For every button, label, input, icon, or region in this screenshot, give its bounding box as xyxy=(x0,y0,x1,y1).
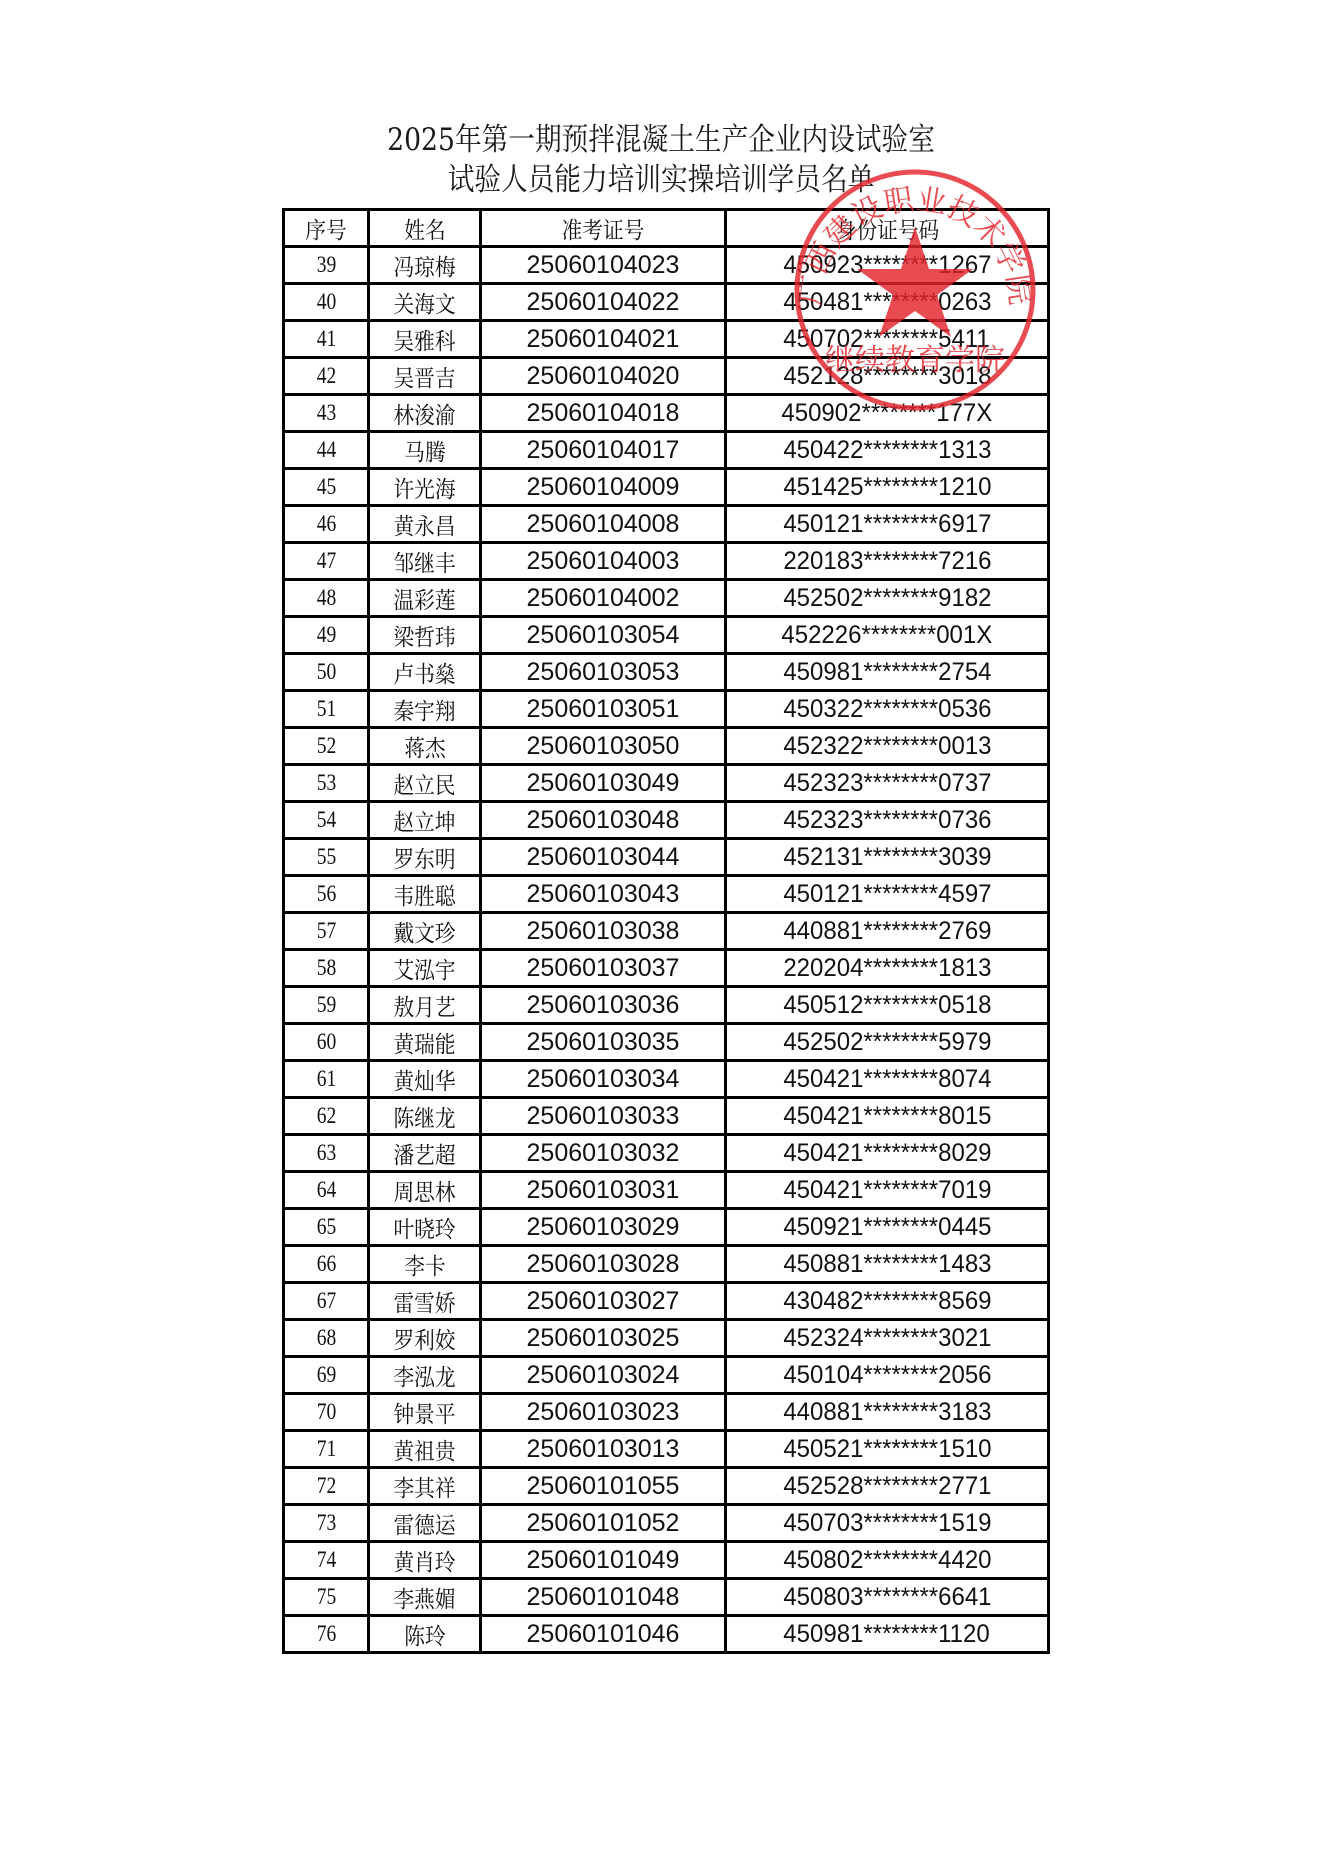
seq-cell-text: 71 xyxy=(316,1436,336,1462)
id-no-cell: 450512********0518 xyxy=(726,987,1049,1024)
id-no-cell-text: 450481********0263 xyxy=(783,288,991,317)
seq-cell: 61 xyxy=(284,1061,369,1098)
table-row: 39冯琼梅25060104023450923********1267 xyxy=(284,247,1049,284)
id-no-cell-text: 450881********1483 xyxy=(783,1250,991,1279)
seq-cell: 68 xyxy=(284,1320,369,1357)
table-row: 48温彩莲25060104002452502********9182 xyxy=(284,580,1049,617)
id-no-cell: 452502********9182 xyxy=(726,580,1049,617)
exam-no-cell-text: 25060103043 xyxy=(527,880,680,908)
table-row: 60黄瑞能25060103035452502********5979 xyxy=(284,1024,1049,1061)
exam-no-cell-text: 25060104021 xyxy=(527,325,680,353)
name-cell: 林浚渝 xyxy=(369,395,481,432)
name-cell: 李泓龙 xyxy=(369,1357,481,1394)
exam-no-cell: 25060103050 xyxy=(481,728,726,765)
table-row: 47邹继丰25060104003220183********7216 xyxy=(284,543,1049,580)
id-no-cell-text: 450322********0536 xyxy=(783,695,991,724)
exam-no-cell-text: 25060103024 xyxy=(527,1361,680,1389)
seq-cell-text: 45 xyxy=(316,474,336,500)
id-no-cell: 450121********6917 xyxy=(726,506,1049,543)
id-no-cell-text: 450702********5411 xyxy=(784,325,990,354)
name-cell-text: 李燕媚 xyxy=(393,1581,455,1614)
seq-cell: 74 xyxy=(284,1542,369,1579)
header-seq: 序号 xyxy=(284,210,369,247)
name-cell-text: 吴晋吉 xyxy=(393,360,455,393)
name-cell: 罗利姣 xyxy=(369,1320,481,1357)
seq-cell-text: 60 xyxy=(316,1029,336,1055)
seq-cell-text: 74 xyxy=(316,1547,336,1573)
id-no-cell: 452131********3039 xyxy=(726,839,1049,876)
name-cell: 赵立民 xyxy=(369,765,481,802)
name-cell-text: 李卡 xyxy=(404,1248,445,1281)
seq-cell-text: 62 xyxy=(316,1103,336,1129)
table-row: 41吴雅科25060104021450702********5411 xyxy=(284,321,1049,358)
header-id-no-label: 身份证号码 xyxy=(835,212,939,245)
exam-no-cell-text: 25060101046 xyxy=(527,1620,680,1648)
seq-cell-text: 41 xyxy=(316,326,336,352)
id-no-cell: 450322********0536 xyxy=(726,691,1049,728)
seq-cell-text: 44 xyxy=(316,437,336,463)
table-row: 44马腾25060104017450422********1313 xyxy=(284,432,1049,469)
table-row: 59敖月艺25060103036450512********0518 xyxy=(284,987,1049,1024)
seq-cell-text: 65 xyxy=(316,1214,336,1240)
exam-no-cell-text: 25060104009 xyxy=(527,473,680,501)
exam-no-cell-text: 25060103051 xyxy=(527,695,680,723)
id-no-cell-text: 450121********6917 xyxy=(783,510,991,539)
seq-cell-text: 46 xyxy=(316,511,336,537)
seq-cell-text: 70 xyxy=(316,1399,336,1425)
name-cell-text: 林浚渝 xyxy=(393,397,455,430)
name-cell: 温彩莲 xyxy=(369,580,481,617)
exam-no-cell: 25060103032 xyxy=(481,1135,726,1172)
name-cell-text: 戴文珍 xyxy=(393,915,455,948)
id-no-cell: 430482********8569 xyxy=(726,1283,1049,1320)
id-no-cell-text: 450121********4597 xyxy=(783,880,991,909)
id-no-cell-text: 450512********0518 xyxy=(783,991,991,1020)
exam-no-cell: 25060103048 xyxy=(481,802,726,839)
seq-cell-text: 48 xyxy=(316,585,336,611)
id-no-cell-text: 450802********4420 xyxy=(783,1546,991,1575)
exam-no-cell-text: 25060103038 xyxy=(527,917,680,945)
seq-cell: 39 xyxy=(284,247,369,284)
id-no-cell: 450104********2056 xyxy=(726,1357,1049,1394)
seq-cell-text: 51 xyxy=(316,696,336,722)
exam-no-cell: 25060103027 xyxy=(481,1283,726,1320)
exam-no-cell-text: 25060103036 xyxy=(527,991,680,1019)
seq-cell-text: 43 xyxy=(316,400,336,426)
id-no-cell-text: 452502********5979 xyxy=(783,1028,991,1057)
name-cell: 钟景平 xyxy=(369,1394,481,1431)
table-row: 65叶晓玲25060103029450921********0445 xyxy=(284,1209,1049,1246)
id-no-cell-text: 452502********9182 xyxy=(783,584,991,613)
exam-no-cell: 25060103013 xyxy=(481,1431,726,1468)
seq-cell-text: 50 xyxy=(316,659,336,685)
exam-no-cell: 25060104023 xyxy=(481,247,726,284)
exam-no-cell: 25060103049 xyxy=(481,765,726,802)
seq-cell: 66 xyxy=(284,1246,369,1283)
seq-cell: 70 xyxy=(284,1394,369,1431)
exam-no-cell-text: 25060103027 xyxy=(527,1287,680,1315)
exam-no-cell: 25060101046 xyxy=(481,1616,726,1653)
id-no-cell: 450921********0445 xyxy=(726,1209,1049,1246)
id-no-cell-text: 450422********1313 xyxy=(783,436,991,465)
name-cell: 关海文 xyxy=(369,284,481,321)
table-row: 49梁哲玮25060103054452226********001X xyxy=(284,617,1049,654)
seq-cell-text: 66 xyxy=(316,1251,336,1277)
name-cell-text: 李其祥 xyxy=(393,1470,455,1503)
name-cell: 卢书燊 xyxy=(369,654,481,691)
table-row: 54赵立坤25060103048452323********0736 xyxy=(284,802,1049,839)
seq-cell: 43 xyxy=(284,395,369,432)
seq-cell: 55 xyxy=(284,839,369,876)
id-no-cell: 440881********3183 xyxy=(726,1394,1049,1431)
name-cell: 李燕媚 xyxy=(369,1579,481,1616)
seq-cell: 45 xyxy=(284,469,369,506)
id-no-cell: 450422********1313 xyxy=(726,432,1049,469)
name-cell-text: 温彩莲 xyxy=(393,582,455,615)
exam-no-cell: 25060104008 xyxy=(481,506,726,543)
seq-cell-text: 39 xyxy=(316,252,336,278)
exam-no-cell: 25060103029 xyxy=(481,1209,726,1246)
exam-no-cell-text: 25060104020 xyxy=(527,362,680,390)
exam-no-cell: 25060103023 xyxy=(481,1394,726,1431)
id-no-cell: 450803********6641 xyxy=(726,1579,1049,1616)
exam-no-cell-text: 25060103034 xyxy=(527,1065,680,1093)
name-cell: 李卡 xyxy=(369,1246,481,1283)
name-cell: 李其祥 xyxy=(369,1468,481,1505)
exam-no-cell-text: 25060103053 xyxy=(527,658,680,686)
exam-no-cell: 25060103031 xyxy=(481,1172,726,1209)
id-no-cell: 452502********5979 xyxy=(726,1024,1049,1061)
name-cell-text: 雷雪娇 xyxy=(393,1285,455,1318)
header-exam-no: 准考证号 xyxy=(481,210,726,247)
name-cell: 雷雪娇 xyxy=(369,1283,481,1320)
exam-no-cell: 25060104022 xyxy=(481,284,726,321)
id-no-cell: 450923********1267 xyxy=(726,247,1049,284)
exam-no-cell: 25060103034 xyxy=(481,1061,726,1098)
id-no-cell: 452324********3021 xyxy=(726,1320,1049,1357)
name-cell-text: 艾泓宇 xyxy=(393,952,455,985)
seq-cell-text: 73 xyxy=(316,1510,336,1536)
seq-cell: 56 xyxy=(284,876,369,913)
id-no-cell-text: 450521********1510 xyxy=(783,1435,991,1464)
table-row: 69李泓龙25060103024450104********2056 xyxy=(284,1357,1049,1394)
exam-no-cell: 25060103053 xyxy=(481,654,726,691)
seq-cell: 52 xyxy=(284,728,369,765)
seq-cell-text: 63 xyxy=(316,1140,336,1166)
id-no-cell: 450881********1483 xyxy=(726,1246,1049,1283)
table-row: 56韦胜聪25060103043450121********4597 xyxy=(284,876,1049,913)
seq-cell: 62 xyxy=(284,1098,369,1135)
table-row: 43林浚渝25060104018450902********177X xyxy=(284,395,1049,432)
exam-no-cell: 25060104021 xyxy=(481,321,726,358)
exam-no-cell-text: 25060103028 xyxy=(527,1250,680,1278)
exam-no-cell-text: 25060103044 xyxy=(527,843,680,871)
id-no-cell: 450121********4597 xyxy=(726,876,1049,913)
id-no-cell-text: 452128********3018 xyxy=(783,362,991,391)
table-row: 42吴晋吉25060104020452128********3018 xyxy=(284,358,1049,395)
name-cell: 黄瑞能 xyxy=(369,1024,481,1061)
exam-no-cell: 25060103038 xyxy=(481,913,726,950)
table-row: 50卢书燊25060103053450981********2754 xyxy=(284,654,1049,691)
name-cell: 黄祖贵 xyxy=(369,1431,481,1468)
seq-cell: 41 xyxy=(284,321,369,358)
seq-cell: 47 xyxy=(284,543,369,580)
seq-cell: 54 xyxy=(284,802,369,839)
exam-no-cell-text: 25060103032 xyxy=(527,1139,680,1167)
exam-no-cell: 25060103037 xyxy=(481,950,726,987)
name-cell-text: 许光海 xyxy=(393,471,455,504)
name-cell-text: 陈继龙 xyxy=(393,1100,455,1133)
exam-no-cell: 25060103028 xyxy=(481,1246,726,1283)
seq-cell-text: 64 xyxy=(316,1177,336,1203)
id-no-cell-text: 220204********1813 xyxy=(783,954,991,983)
name-cell-text: 冯琼梅 xyxy=(393,249,455,282)
table-row: 51秦宇翔25060103051450322********0536 xyxy=(284,691,1049,728)
id-no-cell-text: 451425********1210 xyxy=(783,473,991,502)
table-row: 71黄祖贵25060103013450521********1510 xyxy=(284,1431,1049,1468)
seq-cell: 59 xyxy=(284,987,369,1024)
exam-no-cell: 25060104009 xyxy=(481,469,726,506)
id-no-cell-text: 450803********6641 xyxy=(783,1583,991,1612)
table-row: 67雷雪娇25060103027430482********8569 xyxy=(284,1283,1049,1320)
name-cell-text: 罗东明 xyxy=(393,841,455,874)
seq-cell-text: 67 xyxy=(316,1288,336,1314)
exam-no-cell-text: 25060101048 xyxy=(527,1583,680,1611)
name-cell-text: 黄永昌 xyxy=(393,508,455,541)
exam-no-cell-text: 25060104008 xyxy=(527,510,680,538)
table-row: 57戴文珍25060103038440881********2769 xyxy=(284,913,1049,950)
exam-no-cell-text: 25060103023 xyxy=(527,1398,680,1426)
exam-no-cell-text: 25060104002 xyxy=(527,584,680,612)
name-cell: 周思林 xyxy=(369,1172,481,1209)
name-cell: 黄肖玲 xyxy=(369,1542,481,1579)
exam-no-cell-text: 25060101049 xyxy=(527,1546,680,1574)
table-row: 74黄肖玲25060101049450802********4420 xyxy=(284,1542,1049,1579)
name-cell: 陈继龙 xyxy=(369,1098,481,1135)
table-row: 53赵立民25060103049452323********0737 xyxy=(284,765,1049,802)
seq-cell: 63 xyxy=(284,1135,369,1172)
id-no-cell: 452128********3018 xyxy=(726,358,1049,395)
name-cell: 秦宇翔 xyxy=(369,691,481,728)
id-no-cell: 450703********1519 xyxy=(726,1505,1049,1542)
id-no-cell: 450421********8029 xyxy=(726,1135,1049,1172)
header-seq-label: 序号 xyxy=(305,212,346,245)
id-no-cell: 452528********2771 xyxy=(726,1468,1049,1505)
seq-cell: 53 xyxy=(284,765,369,802)
seq-cell: 42 xyxy=(284,358,369,395)
table-row: 73雷德运25060101052450703********1519 xyxy=(284,1505,1049,1542)
header-exam-no-label: 准考证号 xyxy=(562,212,645,245)
table-body: 39冯琼梅25060104023450923********126740关海文2… xyxy=(284,247,1049,1653)
id-no-cell: 452322********0013 xyxy=(726,728,1049,765)
seq-cell: 64 xyxy=(284,1172,369,1209)
name-cell-text: 赵立民 xyxy=(393,767,455,800)
name-cell-text: 卢书燊 xyxy=(393,656,455,689)
seq-cell: 44 xyxy=(284,432,369,469)
id-no-cell: 450421********8015 xyxy=(726,1098,1049,1135)
id-no-cell: 450521********1510 xyxy=(726,1431,1049,1468)
exam-no-cell: 25060104020 xyxy=(481,358,726,395)
name-cell-text: 陈玲 xyxy=(404,1618,445,1651)
name-cell: 敖月艺 xyxy=(369,987,481,1024)
name-cell-text: 邹继丰 xyxy=(393,545,455,578)
id-no-cell-text: 450981********1120 xyxy=(784,1620,990,1649)
seq-cell-text: 57 xyxy=(316,918,336,944)
id-no-cell-text: 450421********8074 xyxy=(783,1065,991,1094)
exam-no-cell-text: 25060103037 xyxy=(527,954,680,982)
table-row: 40关海文25060104022450481********0263 xyxy=(284,284,1049,321)
seq-cell: 65 xyxy=(284,1209,369,1246)
table-row: 45许光海25060104009451425********1210 xyxy=(284,469,1049,506)
id-no-cell-text: 440881********2769 xyxy=(783,917,991,946)
exam-no-cell: 25060103044 xyxy=(481,839,726,876)
id-no-cell: 450421********7019 xyxy=(726,1172,1049,1209)
table-row: 52蒋杰25060103050452322********0013 xyxy=(284,728,1049,765)
id-no-cell: 452226********001X xyxy=(726,617,1049,654)
name-cell-text: 吴雅科 xyxy=(393,323,455,356)
table-row: 66李卡25060103028450881********1483 xyxy=(284,1246,1049,1283)
seq-cell-text: 76 xyxy=(316,1621,336,1647)
id-no-cell-text: 452323********0737 xyxy=(783,769,991,798)
seq-cell-text: 59 xyxy=(316,992,336,1018)
table-row: 70钟景平25060103023440881********3183 xyxy=(284,1394,1049,1431)
seq-cell-text: 49 xyxy=(316,622,336,648)
name-cell-text: 关海文 xyxy=(393,286,455,319)
table-row: 62陈继龙25060103033450421********8015 xyxy=(284,1098,1049,1135)
name-cell-text: 梁哲玮 xyxy=(393,619,455,652)
seq-cell: 48 xyxy=(284,580,369,617)
seq-cell-text: 52 xyxy=(316,733,336,759)
id-no-cell-text: 450421********8015 xyxy=(783,1102,991,1131)
id-no-cell-text: 450921********0445 xyxy=(783,1213,991,1242)
seq-cell: 67 xyxy=(284,1283,369,1320)
seq-cell-text: 68 xyxy=(316,1325,336,1351)
exam-no-cell: 25060103033 xyxy=(481,1098,726,1135)
id-no-cell-text: 430482********8569 xyxy=(783,1287,991,1316)
id-no-cell: 440881********2769 xyxy=(726,913,1049,950)
name-cell-text: 马腾 xyxy=(404,434,445,467)
id-no-cell: 452323********0737 xyxy=(726,765,1049,802)
id-no-cell-text: 452226********001X xyxy=(782,621,993,650)
exam-no-cell-text: 25060103054 xyxy=(527,621,680,649)
seq-cell: 71 xyxy=(284,1431,369,1468)
seq-cell-text: 75 xyxy=(316,1584,336,1610)
id-no-cell-text: 452323********0736 xyxy=(783,806,991,835)
seq-cell-text: 42 xyxy=(316,363,336,389)
id-no-cell-text: 440881********3183 xyxy=(783,1398,991,1427)
exam-no-cell: 25060103051 xyxy=(481,691,726,728)
name-cell: 罗东明 xyxy=(369,839,481,876)
seq-cell-text: 40 xyxy=(316,289,336,315)
id-no-cell: 450802********4420 xyxy=(726,1542,1049,1579)
seq-cell-text: 61 xyxy=(316,1066,336,1092)
exam-no-cell: 25060104018 xyxy=(481,395,726,432)
name-cell: 马腾 xyxy=(369,432,481,469)
name-cell: 雷德运 xyxy=(369,1505,481,1542)
exam-no-cell: 25060101055 xyxy=(481,1468,726,1505)
id-no-cell: 450981********2754 xyxy=(726,654,1049,691)
name-cell: 吴晋吉 xyxy=(369,358,481,395)
exam-no-cell: 25060103043 xyxy=(481,876,726,913)
exam-no-cell: 25060103036 xyxy=(481,987,726,1024)
name-cell-text: 潘艺超 xyxy=(393,1137,455,1170)
name-cell: 许光海 xyxy=(369,469,481,506)
document-title-line-1: 2025年第一期预拌混凝土生产企业内设试验室 xyxy=(93,114,1230,159)
name-cell: 梁哲玮 xyxy=(369,617,481,654)
id-no-cell: 450421********8074 xyxy=(726,1061,1049,1098)
exam-no-cell: 25060101048 xyxy=(481,1579,726,1616)
seq-cell: 46 xyxy=(284,506,369,543)
seq-cell: 58 xyxy=(284,950,369,987)
exam-no-cell: 25060104002 xyxy=(481,580,726,617)
name-cell: 戴文珍 xyxy=(369,913,481,950)
name-cell: 邹继丰 xyxy=(369,543,481,580)
seq-cell: 69 xyxy=(284,1357,369,1394)
name-cell-text: 罗利姣 xyxy=(393,1322,455,1355)
table-header-row: 序号 姓名 准考证号 身份证号码 xyxy=(284,210,1049,247)
name-cell-text: 黄灿华 xyxy=(393,1063,455,1096)
name-cell: 叶晓玲 xyxy=(369,1209,481,1246)
id-no-cell-text: 452528********2771 xyxy=(783,1472,991,1501)
id-no-cell-text: 450421********7019 xyxy=(783,1176,991,1205)
table-row: 55罗东明25060103044452131********3039 xyxy=(284,839,1049,876)
name-cell-text: 钟景平 xyxy=(393,1396,455,1429)
exam-no-cell-text: 25060104022 xyxy=(527,288,680,316)
id-no-cell: 451425********1210 xyxy=(726,469,1049,506)
name-cell: 陈玲 xyxy=(369,1616,481,1653)
name-cell-text: 叶晓玲 xyxy=(393,1211,455,1244)
name-cell: 韦胜聪 xyxy=(369,876,481,913)
header-name-label: 姓名 xyxy=(404,212,445,245)
name-cell-text: 秦宇翔 xyxy=(393,693,455,726)
seq-cell: 76 xyxy=(284,1616,369,1653)
name-cell-text: 敖月艺 xyxy=(393,989,455,1022)
id-no-cell-text: 452324********3021 xyxy=(783,1324,991,1353)
seq-cell: 60 xyxy=(284,1024,369,1061)
table-row: 46黄永昌25060104008450121********6917 xyxy=(284,506,1049,543)
exam-no-cell-text: 25060103013 xyxy=(527,1435,680,1463)
table-row: 75李燕媚25060101048450803********6641 xyxy=(284,1579,1049,1616)
exam-no-cell-text: 25060101052 xyxy=(527,1509,680,1537)
name-cell-text: 韦胜聪 xyxy=(393,878,455,911)
table-row: 61黄灿华25060103034450421********8074 xyxy=(284,1061,1049,1098)
name-cell-text: 李泓龙 xyxy=(393,1359,455,1392)
id-no-cell: 450702********5411 xyxy=(726,321,1049,358)
header-id-no: 身份证号码 xyxy=(726,210,1049,247)
header-name: 姓名 xyxy=(369,210,481,247)
id-no-cell: 450981********1120 xyxy=(726,1616,1049,1653)
seq-cell: 51 xyxy=(284,691,369,728)
name-cell-text: 黄祖贵 xyxy=(393,1433,455,1466)
seq-cell-text: 47 xyxy=(316,548,336,574)
id-no-cell-text: 450981********2754 xyxy=(783,658,991,687)
name-cell-text: 蒋杰 xyxy=(404,730,445,763)
exam-no-cell-text: 25060103025 xyxy=(527,1324,680,1352)
exam-no-cell: 25060104017 xyxy=(481,432,726,469)
name-cell: 冯琼梅 xyxy=(369,247,481,284)
exam-no-cell-text: 25060103033 xyxy=(527,1102,680,1130)
name-cell-text: 黄瑞能 xyxy=(393,1026,455,1059)
name-cell: 潘艺超 xyxy=(369,1135,481,1172)
exam-no-cell-text: 25060104018 xyxy=(527,399,680,427)
name-cell: 黄灿华 xyxy=(369,1061,481,1098)
name-cell: 吴雅科 xyxy=(369,321,481,358)
exam-no-cell: 25060103024 xyxy=(481,1357,726,1394)
exam-no-cell: 25060104003 xyxy=(481,543,726,580)
seq-cell: 57 xyxy=(284,913,369,950)
id-no-cell: 452323********0736 xyxy=(726,802,1049,839)
table-row: 68罗利姣25060103025452324********3021 xyxy=(284,1320,1049,1357)
